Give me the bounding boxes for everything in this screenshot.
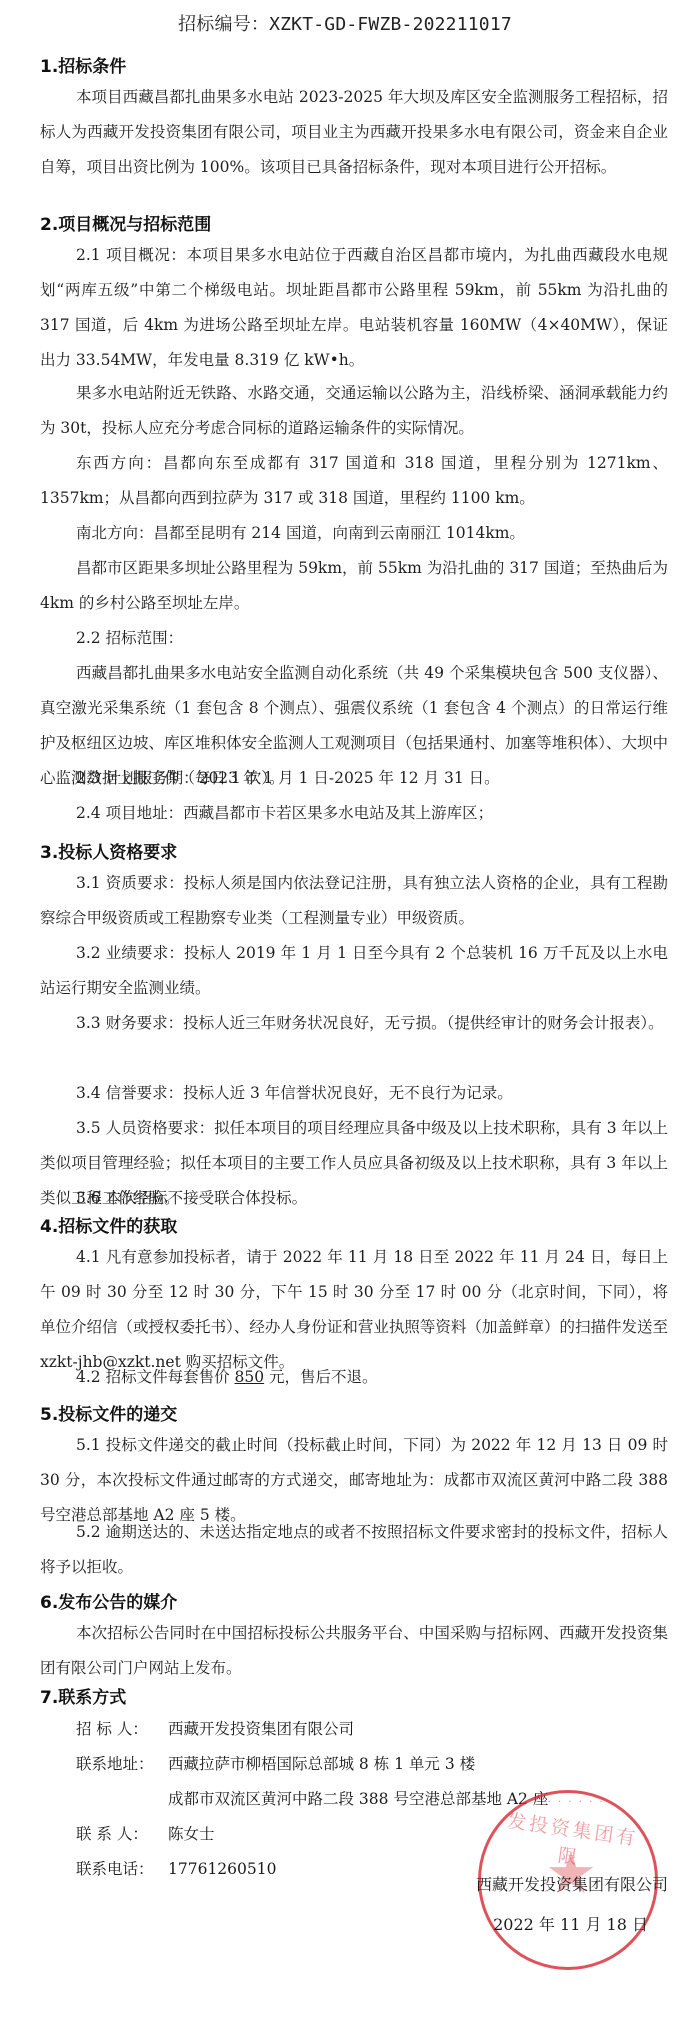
signature-company: 西藏开发投资集团有限公司 <box>476 1872 668 1895</box>
phone-value: 17761260510 <box>168 1860 276 1878</box>
transport-paragraph: 果多水电站附近无铁路、水路交通，交通运输以公路为主，沿线桥梁、涵洞承载能力约为 … <box>40 376 668 446</box>
tender-notice-page: 招标编号：XZKT-GD-FWZB-202211017 1.招标条件 本项目西藏… <box>0 0 690 2043</box>
section-1-paragraph: 本项目西藏昌都扎曲果多水电站 2023-2025 年大坝及库区安全监测服务工程招… <box>40 80 668 185</box>
seal-tibetan-text: · · · · · · · <box>511 1797 631 1808</box>
bid-number-label: 招标编号： <box>178 14 269 35</box>
tenderer-value: 西藏开发投资集团有限公司 <box>168 1720 354 1738</box>
section-3-3-paragraph: 3.3 财务要求：投标人近三年财务状况良好，无亏损。（提供经审计的财务会计报表）… <box>40 1006 668 1041</box>
tenderer-row: 招 标 人：西藏开发投资集团有限公司 <box>76 1712 354 1747</box>
signature-date: 2022 年 11 月 18 日 <box>493 1912 648 1935</box>
contact-person-label: 联 系 人： <box>76 1817 168 1852</box>
phone-row: 联系电话：17761260510 <box>76 1852 276 1887</box>
cut-off-title <box>0 0 690 2</box>
east-west-paragraph: 东西方向：昌都向东至成都有 317 国道和 318 国道，里程分别为 1271k… <box>40 446 668 516</box>
section-7-heading: 7.联系方式 <box>40 1683 126 1708</box>
section-4-2-paragraph: 4.2 招标文件每套售价 850 元，售后不退。 <box>40 1360 668 1395</box>
section-1-heading: 1.招标条件 <box>40 52 126 77</box>
section-3-4-paragraph: 3.4 信誉要求：投标人近 3 年信誉状况良好，无不良行为记录。 <box>40 1076 668 1111</box>
section-3-1-paragraph: 3.1 资质要求：投标人须是国内依法登记注册，具有独立法人资格的企业，具有工程勘… <box>40 866 668 936</box>
address-line-1: 西藏拉萨市柳梧国际总部城 8 栋 1 单元 3 楼 <box>168 1755 475 1773</box>
section-2-1-paragraph: 2.1 项目概况：本项目果多水电站位于西藏自治区昌都市境内，为扎曲西藏段水电规划… <box>40 238 668 378</box>
address-label: 联系地址： <box>76 1747 168 1782</box>
price-suffix: 元，售后不退。 <box>264 1368 377 1386</box>
address-row: 联系地址：西藏拉萨市柳梧国际总部城 8 栋 1 单元 3 楼 <box>76 1747 475 1782</box>
north-south-paragraph: 南北方向：昌都至昆明有 214 国道，向南到云南丽江 1014km。 <box>40 516 668 551</box>
address-line-2: 成都市双流区黄河中路二段 388 号空港总部基地 A2 座 <box>168 1790 548 1808</box>
contact-person-row: 联 系 人：陈女士 <box>76 1817 215 1852</box>
bid-number: XZKT-GD-FWZB-202211017 <box>269 14 512 35</box>
section-4-1-text: 4.1 凡有意参加投标者，请于 2022 年 11 月 18 日至 2022 年… <box>40 1248 668 1371</box>
address-row-2: 成都市双流区黄河中路二段 388 号空港总部基地 A2 座 <box>168 1782 548 1817</box>
section-5-heading: 5.投标文件的递交 <box>40 1400 177 1425</box>
document-price: 850 <box>235 1368 265 1386</box>
tenderer-label: 招 标 人： <box>76 1712 168 1747</box>
price-prefix: 4.2 招标文件每套售价 <box>76 1368 235 1386</box>
section-3-6-paragraph: 3.6 本次招标不接受联合体投标。 <box>40 1181 668 1216</box>
section-3-2-paragraph: 3.2 业绩要求：投标人 2019 年 1 月 1 日至今具有 2 个总装机 1… <box>40 936 668 1006</box>
contact-person-value: 陈女士 <box>168 1825 215 1843</box>
phone-label: 联系电话： <box>76 1852 168 1887</box>
bid-number-line: 招标编号：XZKT-GD-FWZB-202211017 <box>0 10 690 36</box>
section-5-2-paragraph: 5.2 逾期送达的、未送达指定地点的或者不按照招标文件要求密封的投标文件，招标人… <box>40 1515 668 1585</box>
section-2-3-paragraph: 2.3 计划服务期：2023 年 1 月 1 日-2025 年 12 月 31 … <box>40 761 668 796</box>
section-4-heading: 4.招标文件的获取 <box>40 1212 177 1237</box>
section-6-paragraph: 本次招标公告同时在中国招标投标公共服务平台、中国采购与招标网、西藏开发投资集团有… <box>40 1616 668 1686</box>
section-2-heading: 2.项目概况与招标范围 <box>40 210 211 235</box>
section-2-4-paragraph: 2.4 项目地址：西藏昌都市卡若区果多水电站及其上游库区； <box>40 796 668 831</box>
section-2-2-title: 2.2 招标范围： <box>40 621 668 656</box>
section-6-heading: 6.发布公告的媒介 <box>40 1588 177 1613</box>
section-3-heading: 3.投标人资格要求 <box>40 838 177 863</box>
section-4-1-paragraph: 4.1 凡有意参加投标者，请于 2022 年 11 月 18 日至 2022 年… <box>40 1240 668 1380</box>
city-distance-paragraph: 昌都市区距果多坝址公路里程为 59km，前 55km 为沿扎曲的 317 国道；… <box>40 551 668 621</box>
